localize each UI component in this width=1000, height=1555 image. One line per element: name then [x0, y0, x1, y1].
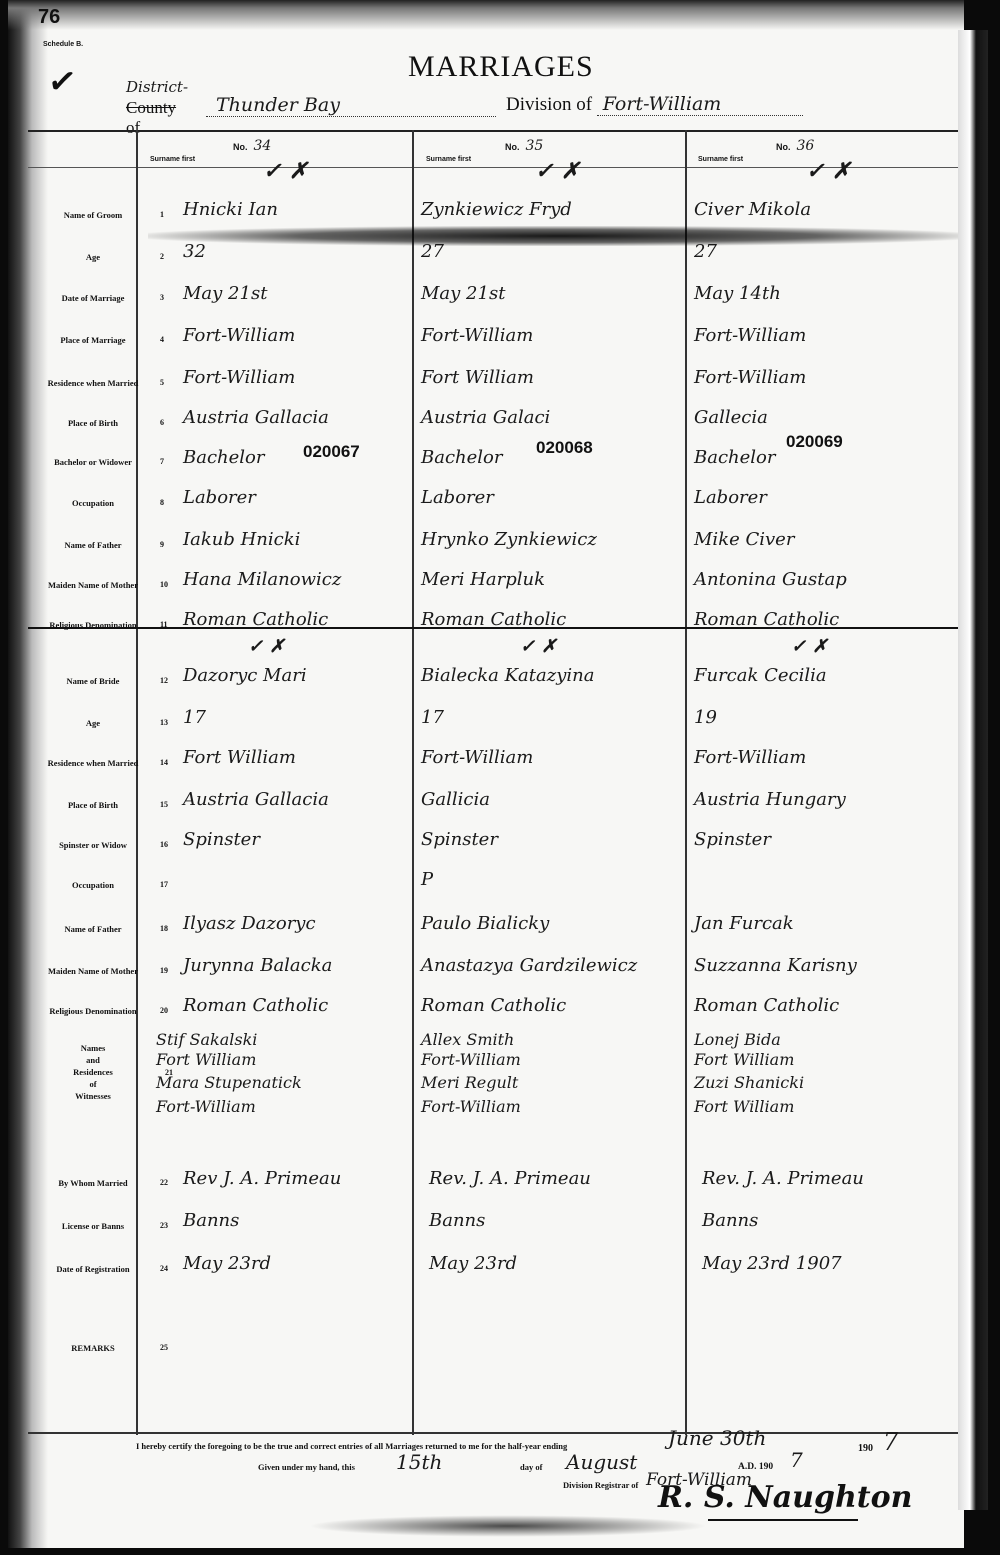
year-suffix: 7: [883, 1428, 898, 1456]
cell-value: Rev. J. A. Primeau: [702, 1168, 864, 1189]
witness-line: Fort William: [694, 1097, 794, 1116]
cell-value: Bialecka Katazyina: [421, 665, 594, 686]
cell-value: Fort-William: [421, 325, 533, 346]
signature-underline: [708, 1519, 858, 1521]
cell-value: Paulo Bialicky: [421, 913, 549, 934]
cell-value: 17: [421, 707, 444, 728]
cell-value: Roman Catholic: [694, 995, 839, 1016]
check-mark-icon: ✓: [45, 60, 79, 104]
schedule-label: Schedule B.: [43, 41, 83, 48]
row-label: Name of Groom: [38, 210, 148, 220]
row-number: 7: [160, 457, 164, 466]
cell-value: Rev. J. A. Primeau: [429, 1168, 591, 1189]
cell-value: Gallecia: [694, 407, 768, 428]
row-label: Name of Bride: [38, 676, 148, 686]
registrar-signature: R. S. Naughton: [658, 1480, 912, 1515]
row-number: 2: [160, 252, 164, 261]
cell-value: Mike Civer: [694, 529, 794, 550]
cell-value: 17: [183, 707, 206, 728]
row-label: Place of Birth: [38, 418, 148, 428]
witness-line: Meri Regult: [421, 1073, 518, 1092]
registration-stamp: 020069: [786, 432, 843, 452]
row-label: Religious Denomination: [38, 620, 148, 630]
row-label: Residence when Married: [38, 378, 148, 388]
check-x-mark-icon: ✓ ✗: [520, 636, 556, 657]
row-number: 16: [160, 840, 168, 849]
witness-line: Fort-William: [421, 1050, 521, 1069]
entry-number: No.36: [776, 138, 814, 154]
county-value: Thunder Bay: [206, 94, 496, 117]
cell-value: Hnicki Ian: [183, 199, 278, 220]
witness-line: Fort William: [156, 1050, 256, 1069]
row-number: 15: [160, 800, 168, 809]
fold-shadow: [148, 226, 964, 246]
row-number: 1: [160, 210, 164, 219]
cell-value: Fort-William: [694, 367, 806, 388]
witness-line: Lonej Bida: [694, 1030, 781, 1049]
row-label: License or Banns: [38, 1221, 148, 1231]
row-label: Age: [38, 252, 148, 262]
cell-value: Jurynna Balacka: [183, 955, 332, 976]
entry-number: No.34: [233, 138, 271, 154]
surname-first-label: Surname first: [150, 156, 195, 163]
row-number: 12: [160, 676, 168, 685]
row-number: 18: [160, 924, 168, 933]
table-bottom-rule: [28, 1432, 964, 1434]
cell-value: Zynkiewicz Fryd: [421, 199, 572, 220]
cell-value: Meri Harpluk: [421, 569, 545, 590]
page-title: MARRIAGES: [408, 50, 594, 84]
check-x-mark-icon: ✓ ✗: [806, 158, 851, 184]
row-number: 13: [160, 718, 168, 727]
row-number: 11: [160, 620, 168, 629]
cell-value: Antonina Gustap: [694, 569, 847, 590]
cell-value: Austria Galaci: [421, 407, 550, 428]
cell-value: 27: [421, 241, 444, 262]
entry-number: No.35: [505, 138, 543, 154]
cell-value: Spinster: [421, 829, 498, 850]
row-label: Name of Father: [38, 924, 148, 934]
cell-value: Austria Gallacia: [183, 407, 329, 428]
cell-value: Jan Furcak: [694, 913, 794, 934]
row-label: Residence when Married: [38, 758, 148, 768]
check-x-mark-icon: ✓ ✗: [791, 636, 827, 657]
column-divider: [412, 130, 414, 1435]
cell-value: Austria Hungary: [694, 789, 846, 810]
row-label: Place of Birth: [38, 800, 148, 810]
cell-value: Fort-William: [183, 367, 295, 388]
row-number: 4: [160, 335, 164, 344]
row-label: Maiden Name of Mother: [38, 580, 148, 590]
county-label: County of: [126, 98, 176, 138]
row-number: 24: [160, 1264, 168, 1273]
surname-first-label: Surname first: [698, 156, 743, 163]
division-value: Fort-William: [597, 93, 803, 116]
cell-value: 32: [183, 241, 206, 262]
check-x-mark-icon: ✓ ✗: [248, 636, 284, 657]
cell-value: P: [421, 869, 433, 890]
check-x-mark-icon: ✓ ✗: [263, 158, 308, 184]
binding-edge: [958, 30, 988, 1510]
row-number: 6: [160, 418, 164, 427]
cell-value: May 14th: [694, 283, 781, 304]
year-prefix: 190: [858, 1443, 873, 1454]
cell-value: Fort-William: [694, 747, 806, 768]
witness-line: Stif Sakalski: [156, 1030, 257, 1049]
row-label: REMARKS: [38, 1343, 148, 1353]
half-year-ending: June 30th: [668, 1426, 766, 1450]
cell-value: 19: [694, 707, 717, 728]
witness-line: Fort-William: [421, 1097, 521, 1116]
cell-value: Banns: [183, 1210, 239, 1231]
row-number: 8: [160, 498, 164, 507]
cell-value: Fort William: [183, 747, 296, 768]
row-number: 20: [160, 1006, 168, 1015]
cell-value: Suzzanna Karisny: [694, 955, 857, 976]
row-number: 23: [160, 1221, 168, 1230]
row-number: 5: [160, 378, 164, 387]
ink-stain: [308, 1515, 708, 1537]
registration-stamp: 020067: [303, 442, 360, 462]
register-page: 76 Schedule B. ✓ MARRIAGES District- Cou…: [8, 0, 964, 1548]
witness-line: Fort-William: [156, 1097, 256, 1116]
row-number: 14: [160, 758, 168, 767]
cell-value: Roman Catholic: [421, 995, 566, 1016]
page-number: 76: [38, 6, 60, 29]
cell-value: May 21st: [183, 283, 267, 304]
cell-value: 27: [694, 241, 717, 262]
witness-line: Mara Stupenatick: [156, 1073, 302, 1092]
cell-value: Civer Mikola: [694, 199, 811, 220]
given-day: 15th: [396, 1450, 442, 1474]
column-divider: [136, 130, 138, 1435]
cell-value: Banns: [702, 1210, 758, 1231]
cell-value: Roman Catholic: [183, 609, 328, 630]
cell-value: Hana Milanowicz: [183, 569, 341, 590]
row-label: Spinster or Widow: [38, 840, 148, 850]
cell-value: May 23rd 1907: [702, 1253, 842, 1274]
cell-value: Austria Gallacia: [183, 789, 329, 810]
row-label: Maiden Name of Mother: [38, 966, 148, 976]
cell-value: Ilyasz Dazoryc: [183, 913, 316, 934]
witness-line: Fort William: [694, 1050, 794, 1069]
cell-value: May 23rd: [429, 1253, 517, 1274]
row-label: Date of Marriage: [38, 293, 148, 303]
cell-value: Roman Catholic: [694, 609, 839, 630]
row-label: Age: [38, 718, 148, 728]
cell-value: Laborer: [421, 487, 494, 508]
cell-value: Laborer: [694, 487, 767, 508]
row-number: 22: [160, 1178, 168, 1187]
cell-value: Bachelor: [694, 447, 775, 468]
division-label: Division of: [506, 94, 592, 115]
row-label: Bachelor or Widower: [38, 457, 148, 467]
cell-value: Spinster: [183, 829, 260, 850]
witness-line: Zuzi Shanicki: [694, 1073, 804, 1092]
surname-first-label: Surname first: [426, 156, 471, 163]
given-text: Given under my hand, this: [258, 1462, 355, 1472]
cell-value: Fort-William: [694, 325, 806, 346]
row-label-witnesses: NamesandResidencesofWitnesses: [38, 1042, 148, 1102]
row-label: Occupation: [38, 498, 148, 508]
cell-value: Banns: [429, 1210, 485, 1231]
cell-value: Bachelor: [421, 447, 502, 468]
row-number: 17: [160, 880, 168, 889]
county-label-inserted: District-: [126, 78, 188, 96]
cell-value: Hrynko Zynkiewicz: [421, 529, 597, 550]
row-label: Religious Denomination: [38, 1006, 148, 1016]
cell-value: Roman Catholic: [421, 609, 566, 630]
cell-value: Fort-William: [183, 325, 295, 346]
registration-stamp: 020068: [536, 438, 593, 458]
column-divider: [685, 130, 687, 1435]
cell-value: Anastazya Gardzilewicz: [421, 955, 637, 976]
row-label: Name of Father: [38, 540, 148, 550]
given-month: August: [566, 1450, 637, 1474]
cell-value: Rev J. A. Primeau: [183, 1168, 341, 1189]
cell-value: Spinster: [694, 829, 771, 850]
row-number: 10: [160, 580, 168, 589]
witness-line: Allex Smith: [421, 1030, 514, 1049]
cell-value: Roman Catholic: [183, 995, 328, 1016]
row-number: 25: [160, 1343, 168, 1352]
day-of-label: day of: [520, 1462, 542, 1472]
cell-value: Gallicia: [421, 789, 490, 810]
row-label: By Whom Married: [38, 1178, 148, 1188]
cell-value: Fort William: [421, 367, 534, 388]
cell-value: Furcak Cecilia: [694, 665, 827, 686]
table-top-rule: [28, 130, 964, 132]
registrar-label: Division Registrar of: [563, 1480, 638, 1490]
cell-value: Iakub Hnicki: [183, 529, 300, 550]
cell-value: May 21st: [421, 283, 505, 304]
check-x-mark-icon: ✓ ✗: [535, 158, 580, 184]
ad-suffix: 7: [790, 1448, 803, 1472]
cell-value: Dazoryc Mari: [183, 665, 307, 686]
row-number: 19: [160, 966, 168, 975]
cell-value: Bachelor: [183, 447, 264, 468]
row-number: 3: [160, 293, 164, 302]
row-label: Place of Marriage: [38, 335, 148, 345]
row-label: Occupation: [38, 880, 148, 890]
certify-text: I hereby certify the foregoing to be the…: [136, 1441, 567, 1451]
division-field: Division of Fort-William: [506, 93, 803, 116]
row-label: Date of Registration: [38, 1264, 148, 1274]
cell-value: Laborer: [183, 487, 256, 508]
cell-value: May 23rd: [183, 1253, 271, 1274]
row-number: 9: [160, 540, 164, 549]
cell-value: Fort-William: [421, 747, 533, 768]
